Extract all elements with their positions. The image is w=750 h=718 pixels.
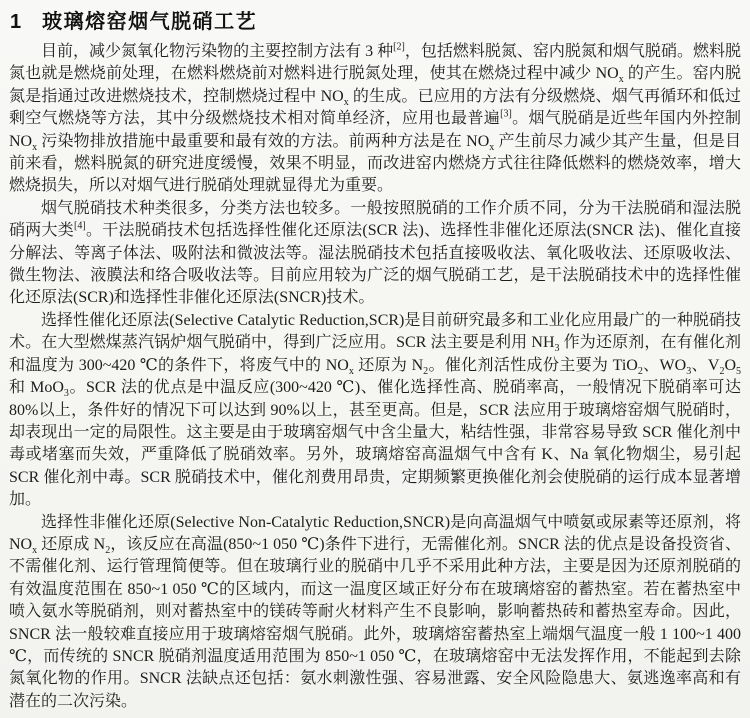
section-number: 1 bbox=[10, 11, 21, 33]
text-run: 。干法脱硝技术包括选择性催化还原法(SCR 法)、选择性非催化还原法(SNCR … bbox=[9, 222, 741, 306]
text-run: 、WO bbox=[643, 357, 686, 374]
citation-ref: [3] bbox=[500, 109, 512, 120]
text-run: 污染物排放措施中最重要和最有效的方法。前两种方法是在 NO bbox=[37, 133, 489, 150]
text-run: 还原为 N bbox=[354, 357, 423, 374]
text-run: 。催化剂活性成份主要为 TiO bbox=[428, 357, 638, 374]
citation-ref: [4] bbox=[74, 221, 86, 232]
text-run: 、V bbox=[691, 357, 719, 374]
text-run: 目前，减少氮氧化物污染物的主要控制方法有 3 种 bbox=[41, 43, 393, 60]
paragraph-control-methods: 目前，减少氮氧化物污染物的主要控制方法有 3 种[2]，包括燃料脱氮、窑内脱氮和… bbox=[9, 41, 741, 198]
document-page: 1玻璃熔窑烟气脱硝工艺 目前，减少氮氧化物污染物的主要控制方法有 3 种[2]，… bbox=[0, 0, 750, 718]
text-run: O bbox=[724, 357, 736, 374]
chemical-subscript: 5 bbox=[736, 366, 741, 377]
section-title: 玻璃熔窑烟气脱硝工艺 bbox=[42, 11, 257, 33]
paragraph-denitration-classification: 烟气脱硝技术种类很多，分类方法也较多。一般按照脱硝的工作介质不同，分为干法脱硝和… bbox=[9, 198, 741, 310]
text-run: ，该反应在高温(850~1 050 ℃)条件下进行，无需催化剂。SNCR 法的优… bbox=[9, 536, 741, 710]
section-heading: 1玻璃熔窑烟气脱硝工艺 bbox=[10, 5, 741, 34]
paragraph-scr-method: 选择性催化还原法(Selective Catalytic Reduction,S… bbox=[9, 310, 741, 512]
text-run: 和 MoO bbox=[9, 379, 64, 396]
text-run: 还原成 N bbox=[37, 536, 105, 553]
text-run: 。SCR 法的优点是中温反应(300~420 ℃)、催化选择性高、脱硝率高，一般… bbox=[9, 379, 741, 508]
paragraph-sncr-method: 选择性非催化还原(Selective Non-Catalytic Reducti… bbox=[9, 512, 741, 714]
citation-ref: [2] bbox=[393, 42, 405, 53]
